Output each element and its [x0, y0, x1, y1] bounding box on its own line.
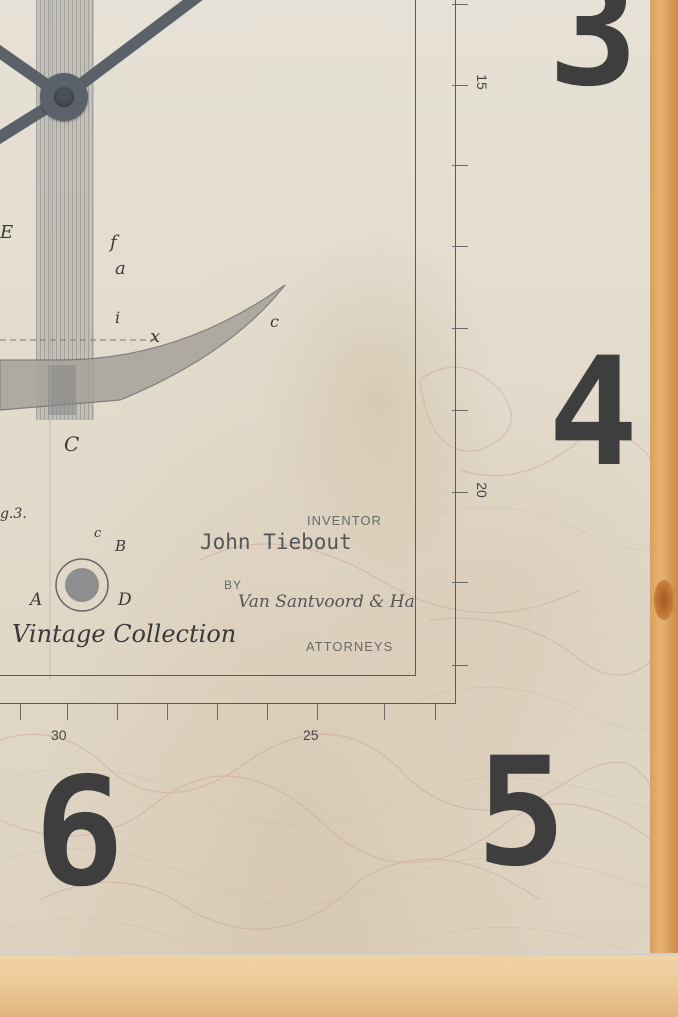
scale-tick [67, 704, 68, 720]
numeral-4: 4 [548, 328, 636, 498]
scale-tick [452, 665, 468, 666]
wood-frame-right [650, 0, 678, 1017]
scale-tick [452, 246, 468, 247]
scale-tick [435, 704, 436, 720]
scale-tick [217, 704, 218, 720]
numeral-5: 5 [476, 728, 564, 898]
scale-tick [452, 410, 468, 411]
scale-tick [267, 704, 268, 720]
scale-tick [452, 492, 468, 493]
scale-tick [117, 704, 118, 720]
scale-tick [452, 4, 468, 5]
clock-face: f a i x c C E g.3. A B D c INVENTOR John… [0, 0, 652, 955]
scale-tick [317, 704, 318, 720]
scale-tick [384, 704, 385, 720]
scale-tick [452, 85, 468, 86]
scale-tick [452, 328, 468, 329]
wood-frame-bottom [0, 953, 678, 1017]
numeral-6: 6 [34, 748, 122, 918]
scale-label-30: 30 [51, 727, 67, 743]
clock-hub-pin [54, 87, 74, 107]
scale-label-15: 15 [474, 74, 490, 90]
wood-knot [654, 580, 674, 620]
numeral-3: 3 [548, 0, 636, 118]
scale-tick [167, 704, 168, 720]
scale-label-25: 25 [303, 727, 319, 743]
scale-tick [20, 704, 21, 720]
scale-tick [452, 582, 468, 583]
scale-label-20: 20 [474, 482, 490, 498]
scale-tick [452, 165, 468, 166]
